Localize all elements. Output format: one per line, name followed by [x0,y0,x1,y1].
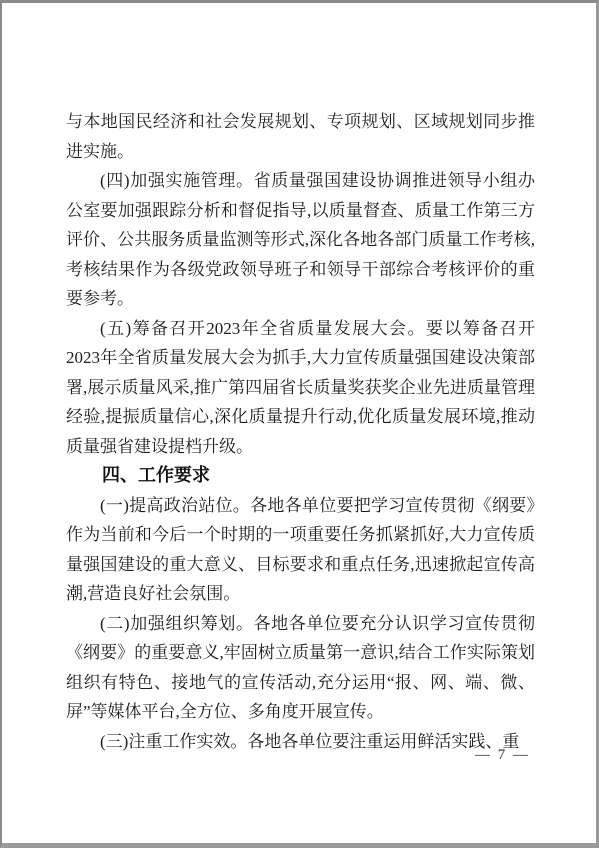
paragraph-text: 要以筹备召开2023年全省质量发展大会为抓手,大力宣传质量强国建设决策部署,展示… [66,319,535,456]
paragraph-continuation: 与本地国民经济和社会发展规划、专项规划、区域规划同步推进实施。 [66,107,535,166]
paragraph-lead: (二)加强组织筹划。 [100,614,254,633]
section-heading-work-requirements: 四、工作要求 [66,461,535,491]
paragraph-text: 省质量强国建设协调推进领导小组办公室要加强跟踪分析和督促指导,以质量督查、质量工… [66,171,535,308]
paragraph-item-3: (三)注重工作实效。各地各单位要注重运用鲜活实践、重 [66,727,535,757]
page-number: — 7 — [475,747,530,764]
paragraph-item-4: (四)加强实施管理。省质量强国建设协调推进领导小组办公室要加强跟踪分析和督促指导… [66,166,535,314]
document-body: 与本地国民经济和社会发展规划、专项规划、区域规划同步推进实施。 (四)加强实施管… [66,107,535,767]
paragraph-lead: (一)提高政治站位。 [100,496,250,515]
paragraph-item-5: (五)筹备召开2023年全省质量发展大会。要以筹备召开2023年全省质量发展大会… [66,314,535,462]
paragraph-item-1: (一)提高政治站位。各地各单位要把学习宣传贯彻《纲要》作为当前和今后一个时期的一… [66,491,535,609]
paragraph-lead: (四)加强实施管理。 [100,171,254,190]
paragraph-lead: (三)注重工作实效。 [100,732,247,751]
paragraph-item-2: (二)加强组织筹划。各地各单位要充分认识学习宣传贯彻《纲要》的重要意义,牢固树立… [66,609,535,727]
paragraph-text: 与本地国民经济和社会发展规划、专项规划、区域规划同步推进实施。 [66,112,535,161]
document-page: 与本地国民经济和社会发展规划、专项规划、区域规划同步推进实施。 (四)加强实施管… [0,0,599,848]
paragraph-lead: (五)筹备召开2023年全省质量发展大会。 [100,319,426,338]
